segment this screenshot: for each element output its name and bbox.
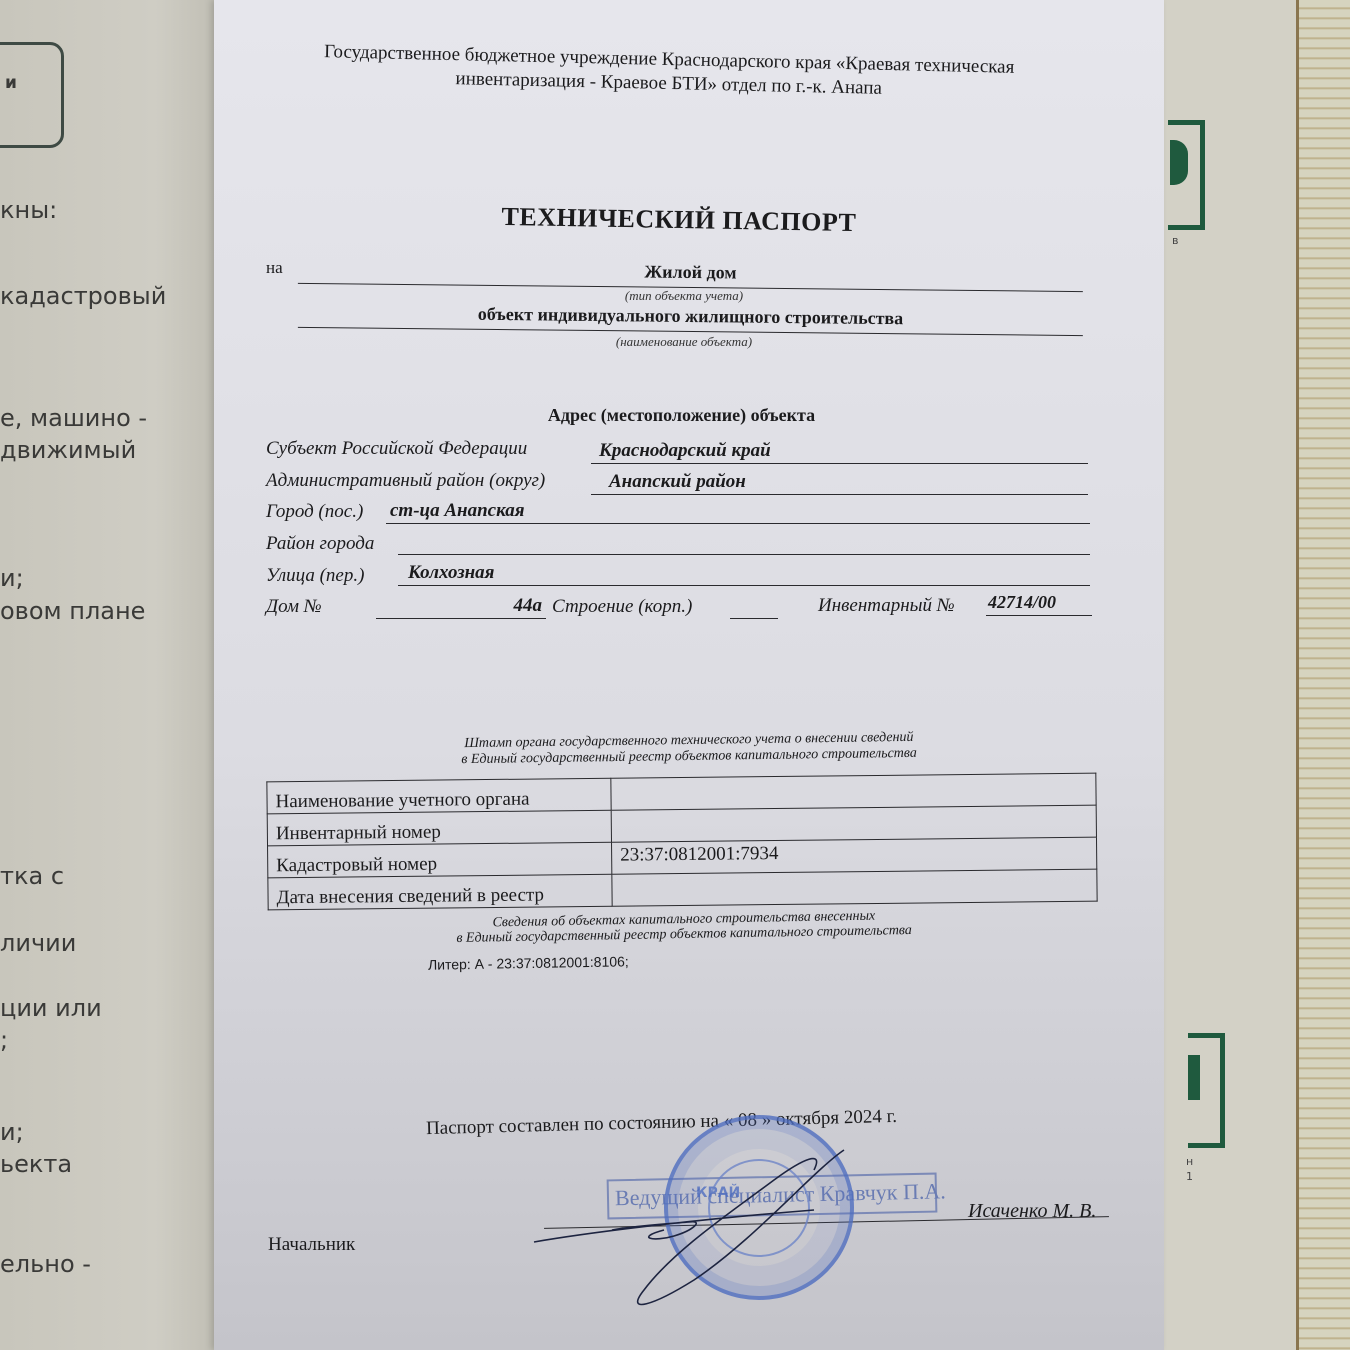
object-type-field: Жилой дом (298, 258, 1083, 292)
right-note: 1 (1186, 1170, 1193, 1183)
inventory-label: Инвентарный № (818, 595, 955, 617)
building-label: Строение (корп.) (552, 596, 692, 618)
left-fragment: и; (0, 1118, 24, 1146)
object-type-value: Жилой дом (644, 262, 736, 283)
na-label: на (266, 258, 283, 278)
address-heading: Адрес (местоположение) объекта (214, 405, 1149, 426)
background-left-page: и кны: кадастровый е, машино - движимый … (0, 0, 222, 1350)
subject-field: Краснодарский край (591, 440, 1088, 464)
liter-entry: Литер: А - 23:37:0812001:8106; (428, 953, 629, 973)
registry-value (611, 773, 1096, 810)
left-fragment: личии (0, 929, 76, 957)
green-glyph-icon (1188, 1055, 1200, 1100)
registry-key: Дата внесения сведений в реестр (268, 874, 612, 910)
left-page-box: и (0, 42, 64, 148)
inventory-field: 42714/00 (986, 592, 1092, 616)
subject-label: Субъект Российской Федерации (266, 438, 527, 460)
technical-passport-sheet: Государственное бюджетное учреждение Кра… (214, 0, 1164, 1350)
registry-key: Кадастровый номер (268, 842, 612, 878)
left-fragment: ции или (0, 994, 102, 1022)
left-fragment: кны: (0, 196, 57, 224)
object-name-value: объект индивидуального жилищного строите… (478, 304, 904, 328)
house-value: 44а (514, 595, 543, 616)
organization-header: Государственное бюджетное учреждение Кра… (284, 39, 1055, 104)
district-value: Анапский район (609, 471, 746, 492)
registry-value: 23:37:0812001:7934 (612, 837, 1097, 874)
street-field: Колхозная (398, 562, 1090, 586)
inventory-value: 42714/00 (988, 592, 1056, 612)
registry-key: Инвентарный номер (267, 810, 611, 846)
city-district-field (398, 531, 1090, 555)
city-field: ст-ца Анапская (386, 500, 1090, 524)
house-field: 44а (376, 595, 546, 619)
left-fragment: е, машино - (0, 404, 147, 432)
registry-value (611, 805, 1096, 842)
left-fragment: ьекта (0, 1150, 72, 1178)
green-glyph-icon (1170, 140, 1188, 185)
left-fragment: тка с (0, 862, 64, 890)
registry-table: Наименование учетного органа Инвентарный… (266, 773, 1097, 911)
left-fragment: ; (0, 1026, 8, 1054)
street-label: Улица (пер.) (266, 565, 364, 587)
left-fragment: движимый (0, 436, 136, 464)
right-note: н (1186, 1155, 1193, 1168)
registry-info-note: Сведения об объектах капитального строит… (414, 907, 954, 946)
left-fragment: и; (0, 564, 24, 592)
house-label: Дом № (266, 596, 322, 618)
wooden-surface (1296, 0, 1350, 1350)
street-value: Колхозная (408, 562, 494, 583)
registry-key: Наименование учетного органа (267, 778, 611, 814)
subject-value: Краснодарский край (599, 440, 771, 461)
handwritten-signature-icon (514, 1130, 874, 1320)
city-value: ст-ца Анапская (390, 500, 525, 521)
right-note: в (1172, 234, 1178, 247)
district-field: Анапский район (591, 471, 1088, 495)
stamp-note: Штамп органа государственного техническо… (364, 728, 1014, 769)
building-field (730, 595, 778, 619)
signer-name: Исаченко М. В. (968, 1200, 1096, 1223)
district-label: Административный район (округ) (266, 470, 545, 492)
left-fragment: кадастровый (0, 282, 166, 310)
city-label: Город (пос.) (266, 501, 363, 523)
chief-label: Начальник (268, 1234, 355, 1256)
left-fragment: ельно - (0, 1250, 91, 1278)
object-name-field: объект индивидуального жилищного строите… (298, 302, 1083, 336)
registry-value (612, 869, 1097, 906)
left-fragment: овом плане (0, 597, 145, 625)
document-title: ТЕХНИЧЕСКИЙ ПАСПОРТ (214, 197, 1144, 243)
object-name-hint: (наименование объекта) (514, 334, 854, 350)
left-box-label: и (5, 73, 17, 93)
object-type-hint: (тип объекта учета) (514, 288, 854, 304)
city-district-label: Район города (266, 533, 374, 555)
